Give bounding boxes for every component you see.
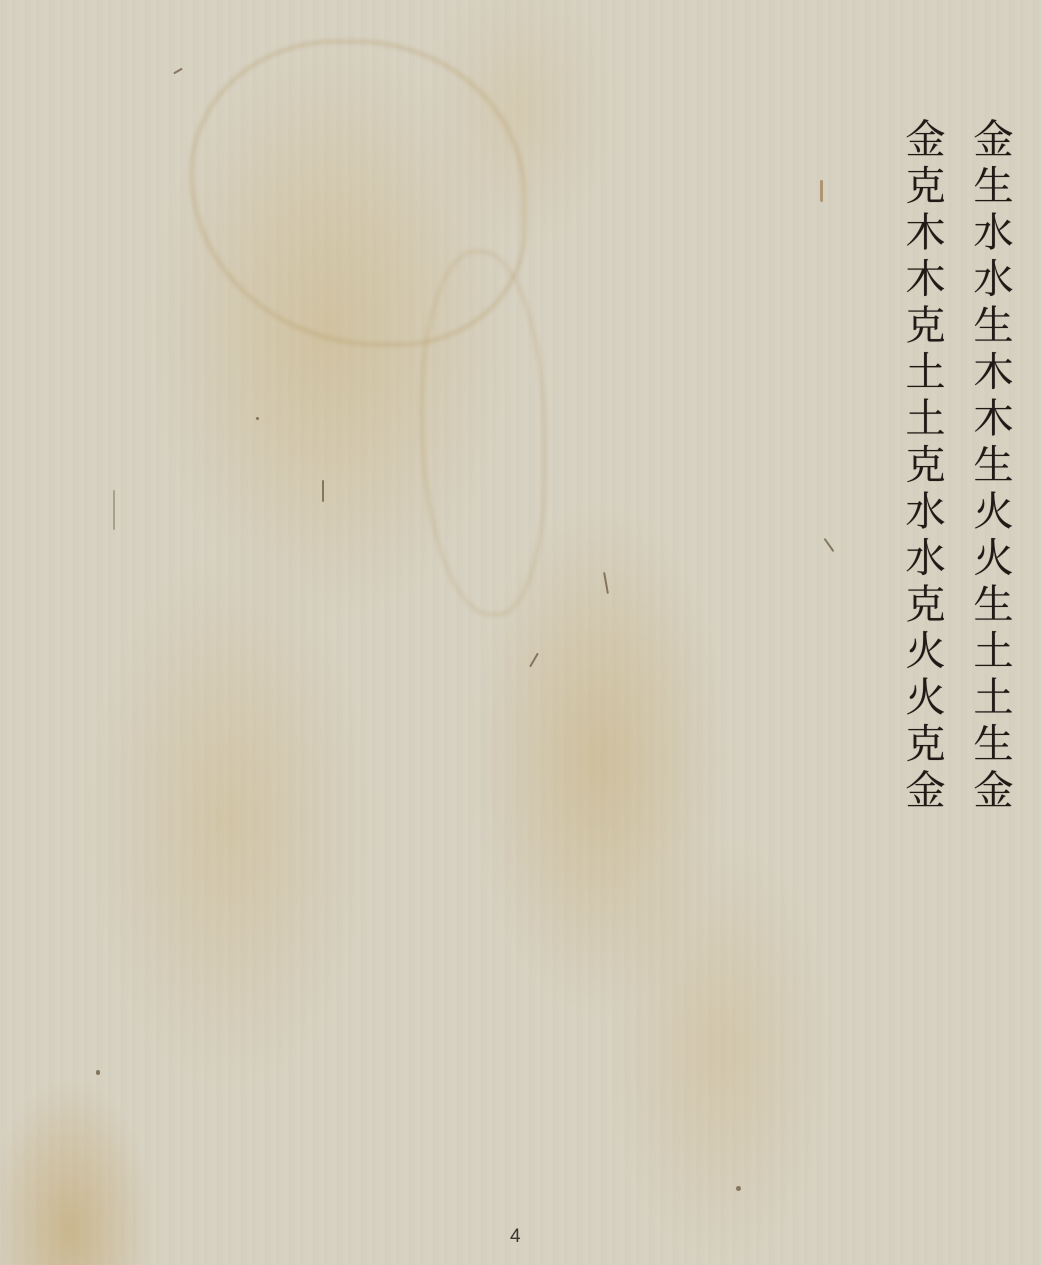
paper-fiber: [173, 68, 183, 75]
water-stain-edge: [190, 40, 526, 346]
page-number: 4: [510, 1226, 521, 1248]
water-stain-edge: [420, 250, 546, 616]
paper-fiber: [113, 490, 115, 530]
text-column-left: 金克木木克土土克水水克火火克金: [902, 118, 942, 816]
paper-fiber: [96, 1070, 100, 1075]
paper-fiber: [322, 480, 324, 502]
paper-fiber: [603, 572, 609, 594]
paper-fiber: [736, 1186, 741, 1191]
text-column-right: 金生水水生木木生火火生土土生金: [970, 118, 1010, 816]
paper-fiber: [256, 417, 259, 420]
manuscript-page: 金生水水生木木生火火生土土生金 金克木木克土土克水水克火火克金 4: [0, 0, 1041, 1265]
paper-fiber: [529, 653, 539, 668]
paper-fiber: [820, 180, 823, 202]
paper-fiber: [824, 538, 835, 552]
